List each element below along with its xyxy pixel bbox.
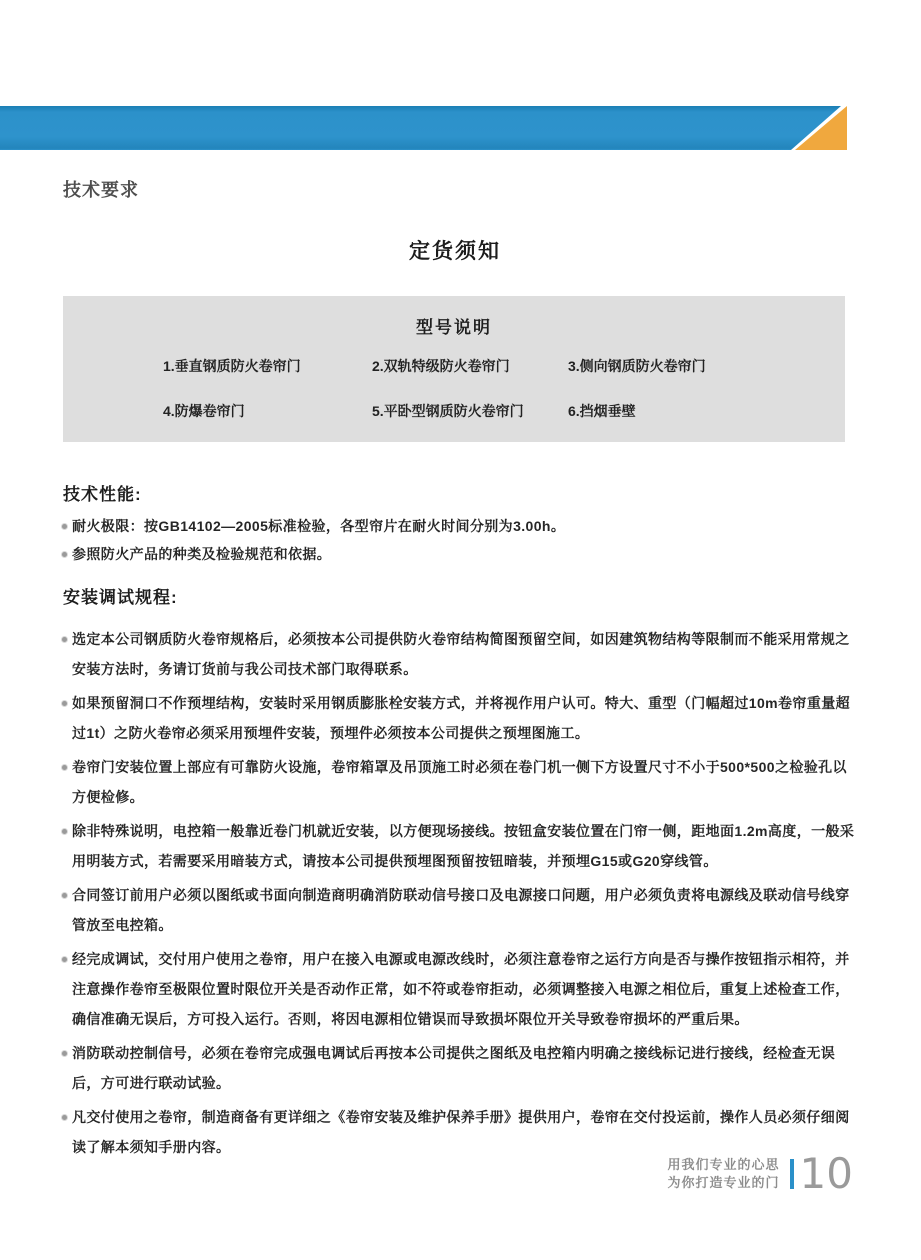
- list-item-text: 参照防火产品的种类及检验规范和依据。: [72, 540, 331, 568]
- bullet-dot-icon: [62, 829, 67, 834]
- bullet-dot-icon: [62, 1115, 67, 1120]
- bullet-dot-icon: [62, 701, 67, 706]
- list-item-text: 选定本公司钢质防火卷帘规格后，必须按本公司提供防火卷帘结构简图预留空间，如因建筑…: [72, 624, 856, 684]
- list-item-text: 消防联动控制信号，必须在卷帘完成强电调试后再按本公司提供之图纸及电控箱内明确之接…: [72, 1038, 856, 1098]
- list-item-text: 如果预留洞口不作预埋结构，安装时采用钢质膨胀栓安装方式，并将视作用户认可。特大、…: [72, 688, 856, 748]
- footer-divider-bar: [790, 1159, 794, 1189]
- list-item-text: 耐火极限：按GB14102—2005标准检验，各型帘片在耐火时间分别为3.00h…: [72, 512, 565, 540]
- bullet-dot-icon: [62, 552, 67, 557]
- bullet-dot-icon: [62, 524, 67, 529]
- model-description-box: 型号说明 1.垂直钢质防火卷帘门 2.双轨特级防火卷帘门 3.侧向钢质防火卷帘门…: [63, 296, 845, 442]
- list-item: 合同签订前用户必须以图纸或书面向制造商明确消防联动信号接口及电源接口问题，用户必…: [62, 880, 856, 940]
- document-page: { "page": { "section_title": "技术要求", "do…: [0, 0, 921, 1260]
- list-item-text: 经完成调试，交付用户使用之卷帘，用户在接入电源或电源改线时，必须注意卷帘之运行方…: [72, 944, 856, 1034]
- footer-slogan-line2: 为你打造专业的门: [668, 1174, 780, 1192]
- model-box-title: 型号说明: [63, 313, 845, 338]
- header-banner: [0, 106, 847, 150]
- section-title: 技术要求: [63, 176, 139, 202]
- installation-list: 选定本公司钢质防火卷帘规格后，必须按本公司提供防火卷帘结构简图预留空间，如因建筑…: [62, 624, 856, 1166]
- list-item: 选定本公司钢质防火卷帘规格后，必须按本公司提供防火卷帘结构简图预留空间，如因建筑…: [62, 624, 856, 684]
- list-item: 除非特殊说明，电控箱一般靠近卷门机就近安装，以方便现场接线。按钮盒安装位置在门帘…: [62, 816, 856, 876]
- list-item: 耐火极限：按GB14102—2005标准检验，各型帘片在耐火时间分别为3.00h…: [62, 512, 856, 540]
- model-item: 5.平卧型钢质防火卷帘门: [372, 401, 524, 421]
- footer-slogan-line1: 用我们专业的心思: [668, 1156, 780, 1174]
- list-item: 经完成调试，交付用户使用之卷帘，用户在接入电源或电源改线时，必须注意卷帘之运行方…: [62, 944, 856, 1034]
- bullet-dot-icon: [62, 957, 67, 962]
- list-item: 如果预留洞口不作预埋结构，安装时采用钢质膨胀栓安装方式，并将视作用户认可。特大、…: [62, 688, 856, 748]
- list-item-text: 合同签订前用户必须以图纸或书面向制造商明确消防联动信号接口及电源接口问题，用户必…: [72, 880, 856, 940]
- bullet-dot-icon: [62, 1051, 67, 1056]
- model-item: 1.垂直钢质防火卷帘门: [163, 356, 301, 376]
- page-title: 定货须知: [63, 235, 847, 265]
- model-item: 3.侧向钢质防火卷帘门: [568, 356, 706, 376]
- list-item: 参照防火产品的种类及检验规范和依据。: [62, 540, 856, 568]
- list-item-text: 卷帘门安装位置上部应有可靠防火设施，卷帘箱罩及吊顶施工时必须在卷门机一侧下方设置…: [72, 752, 856, 812]
- page-footer: 用我们专业的心思 为你打造专业的门 10: [668, 1152, 853, 1196]
- model-item: 2.双轨特级防火卷帘门: [372, 356, 510, 376]
- bullet-dot-icon: [62, 893, 67, 898]
- tech-performance-list: 耐火极限：按GB14102—2005标准检验，各型帘片在耐火时间分别为3.00h…: [62, 512, 856, 568]
- list-item: 卷帘门安装位置上部应有可靠防火设施，卷帘箱罩及吊顶施工时必须在卷门机一侧下方设置…: [62, 752, 856, 812]
- bullet-dot-icon: [62, 765, 67, 770]
- installation-heading: 安装调试规程:: [63, 583, 178, 608]
- bullet-dot-icon: [62, 637, 67, 642]
- list-item-text: 除非特殊说明，电控箱一般靠近卷门机就近安装，以方便现场接线。按钮盒安装位置在门帘…: [72, 816, 856, 876]
- footer-slogan: 用我们专业的心思 为你打造专业的门: [668, 1156, 780, 1192]
- page-number: 10: [800, 1152, 853, 1196]
- model-item: 4.防爆卷帘门: [163, 401, 245, 421]
- list-item: 消防联动控制信号，必须在卷帘完成强电调试后再按本公司提供之图纸及电控箱内明确之接…: [62, 1038, 856, 1098]
- tech-performance-heading: 技术性能:: [63, 480, 142, 505]
- banner-blue-bar: [0, 106, 847, 150]
- model-item: 6.挡烟垂壁: [568, 401, 636, 421]
